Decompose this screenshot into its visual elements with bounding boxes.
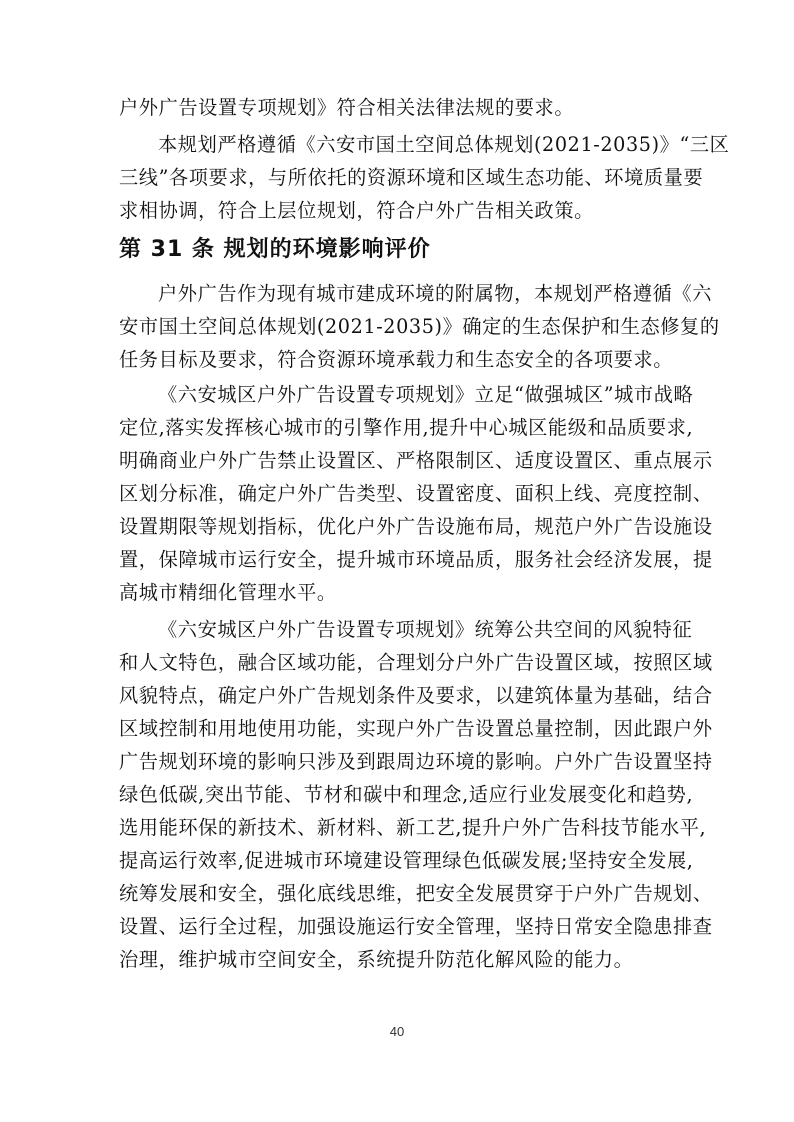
paragraph-line: 《六安城区户外广告设置专项规划》立足“做强城区”城市战略	[158, 383, 679, 407]
paragraph-line: 区域控制和用地使用功能，实现户外广告设置总量控制，因此跟户外	[119, 717, 679, 741]
paragraph-line: 三线”各项要求，与所依托的资源环境和区域生态功能、环境质量要	[119, 166, 679, 190]
paragraph-line: 求相协调，符合上层位规划，符合户外广告相关政策。	[119, 199, 679, 223]
paragraph-line: 治理，维护城市空间安全，系统提升防范化解风险的能力。	[119, 948, 679, 972]
page-number: 40	[0, 1024, 794, 1039]
paragraph-line: 置，保障城市运行安全，提升城市环境品质，服务社会经济发展，提	[119, 548, 679, 572]
paragraph-line: 明确商业户外广告禁止设置区、严格限制区、适度设置区、重点展示	[119, 449, 679, 473]
paragraph-line: 绿色低碳,突出节能、节材和碳中和理念,适应行业发展变化和趋势,	[119, 783, 679, 807]
paragraph-line: 本规划严格遵循《六安市国土空间总体规划(2021-2035)》“三区	[158, 133, 679, 157]
paragraph-line: 广告规划环境的影响只涉及到跟周边环境的影响。户外广告设置坚持	[119, 750, 679, 774]
paragraph-line: 户外广告设置专项规划》符合相关法律法规的要求。	[119, 96, 679, 120]
document-page: 户外广告设置专项规划》符合相关法律法规的要求。 本规划严格遵循《六安市国土空间总…	[0, 0, 794, 1122]
paragraph-line: 定位,落实发挥核心城市的引擎作用,提升中心城区能级和品质要求,	[119, 416, 679, 440]
paragraph-line: 高城市精细化管理水平。	[119, 581, 679, 605]
section-heading: 第 31 条 规划的环境影响评价	[119, 236, 431, 264]
paragraph-line: 和人文特色，融合区域功能，合理划分户外广告设置区域，按照区域	[119, 651, 679, 675]
paragraph-line: 风貌特点，确定户外广告规划条件及要求，以建筑体量为基础，结合	[119, 684, 679, 708]
paragraph-line: 提高运行效率,促进城市环境建设管理绿色低碳发展;坚持安全发展,	[119, 849, 679, 873]
paragraph-line: 选用能环保的新技术、新材料、新工艺,提升户外广告科技节能水平,	[119, 816, 679, 840]
paragraph-line: 《六安城区户外广告设置专项规划》统筹公共空间的风貌特征	[158, 618, 679, 642]
paragraph-line: 任务目标及要求，符合资源环境承载力和生态安全的各项要求。	[119, 348, 679, 372]
paragraph-line: 安市国土空间总体规划(2021-2035)》确定的生态保护和生态修复的	[119, 315, 679, 339]
paragraph-line: 统筹发展和安全，强化底线思维，把安全发展贯穿于户外广告规划、	[119, 882, 679, 906]
paragraph-line: 区划分标准，确定户外广告类型、设置密度、面积上线、亮度控制、	[119, 482, 679, 506]
paragraph-line: 设置期限等规划指标，优化户外广告设施布局，规范户外广告设施设	[119, 515, 679, 539]
paragraph-line: 设置、运行全过程，加强设施运行安全管理，坚持日常安全隐患排查	[119, 915, 679, 939]
paragraph-line: 户外广告作为现有城市建成环境的附属物，本规划严格遵循《六	[158, 282, 679, 306]
